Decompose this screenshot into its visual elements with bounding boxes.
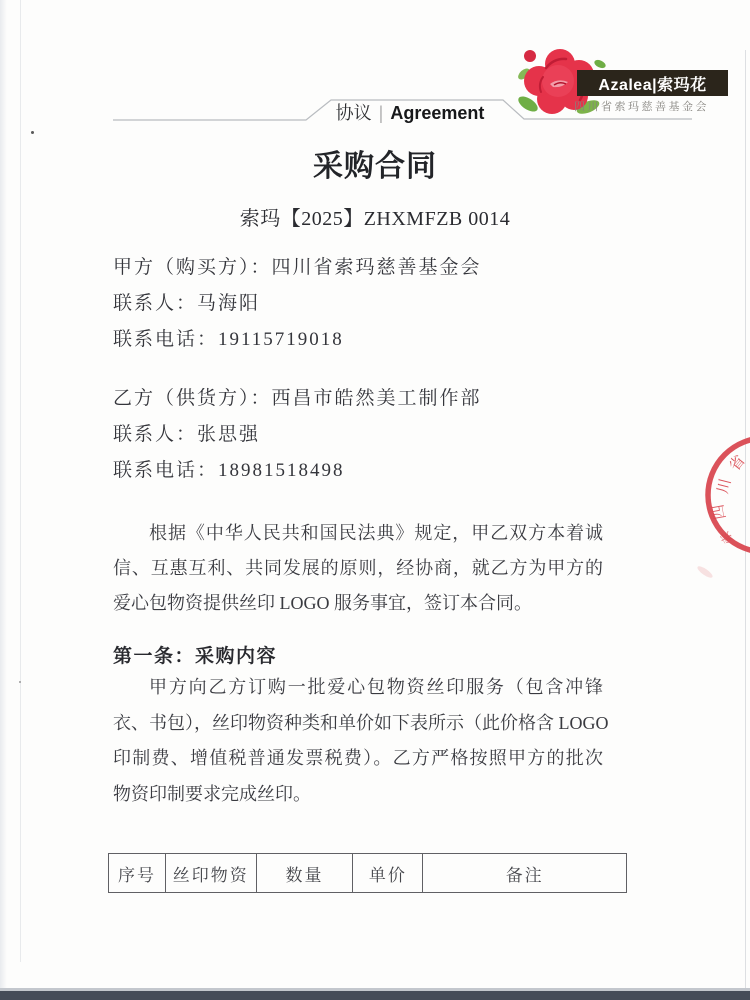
section1-line: 衣、书包），丝印物资种类和单价如下表所示（此价格含 LOGO xyxy=(113,706,603,742)
party-a-phone: 联系电话：19115719018 xyxy=(113,322,613,358)
col-header-index: 序号 xyxy=(109,854,166,893)
preamble-paragraph: 根据《中华人民共和国民法典》规定，甲乙双方本着诚 信、互惠互利、共同发展的原则，… xyxy=(113,516,603,621)
goods-table-header-row: 序号 丝印物资 数量 单价 备注 xyxy=(109,854,627,893)
party-b-phone: 联系电话：18981518498 xyxy=(113,453,613,489)
banner-cn-label: 协议 xyxy=(336,103,372,123)
col-header-quantity: 数量 xyxy=(256,854,353,893)
section1-heading: 第一条：采购内容 xyxy=(113,641,277,668)
section1-line: 甲方向乙方订购一批爱心包物资丝印服务（包含冲锋 xyxy=(113,670,603,706)
col-header-remark: 备注 xyxy=(423,854,627,893)
seal-char: 川 xyxy=(714,477,734,496)
col-header-price: 单价 xyxy=(353,854,423,893)
logo-badge-label: Azalea|索玛花 xyxy=(598,72,706,95)
party-a-role: 甲方（购买方）：四川省索玛慈善基金会 xyxy=(113,250,613,286)
party-b-block: 乙方（供货方）：西昌市皓然美工制作部 联系人：张思强 联系电话：18981518… xyxy=(113,381,613,489)
seal-char: 四 xyxy=(710,503,729,521)
preamble-line: 爱心包物资提供丝印 LOGO 服务事宜，签订本合同。 xyxy=(113,586,603,621)
party-a-contact: 联系人：马海阳 xyxy=(113,286,613,322)
scan-bottom-edge xyxy=(0,991,750,1000)
section1-paragraph: 甲方向乙方订购一批爱心包物资丝印服务（包含冲锋 衣、书包），丝印物资种类和单价如… xyxy=(113,670,603,813)
banner-divider: | xyxy=(372,103,391,123)
logo-org-name: 四川省索玛慈善基金会 xyxy=(574,98,724,114)
scanned-contract-page: 协议|Agreement Azalea|索玛花 四川省索玛慈善基金会 采购合同 … xyxy=(0,0,750,1000)
contract-number: 索玛【2025】ZHXMFZB 0014 xyxy=(0,202,750,231)
official-seal-partial-icon: 省 川 四 索 xyxy=(688,420,750,595)
goods-table: 序号 丝印物资 数量 单价 备注 xyxy=(108,853,627,893)
preamble-line: 信、互惠互利、共同发展的原则，经协商，就乙方为甲方的 xyxy=(113,551,603,586)
logo-badge: Azalea|索玛花 xyxy=(577,70,728,96)
section1-line: 物资印制要求完成丝印。 xyxy=(113,777,603,813)
col-header-item: 丝印物资 xyxy=(165,854,256,893)
banner-en-label: Agreement xyxy=(390,103,484,123)
agreement-banner: 协议|Agreement xyxy=(300,101,520,125)
section1-line: 印制费、增值税普通发票税费）。乙方严格按照甲方的批次 xyxy=(113,741,603,777)
party-a-block: 甲方（购买方）：四川省索玛慈善基金会 联系人：马海阳 联系电话：19115719… xyxy=(113,250,613,358)
party-b-role: 乙方（供货方）：西昌市皓然美工制作部 xyxy=(113,381,613,417)
seal-char: 省 xyxy=(726,452,749,474)
party-b-contact: 联系人：张思强 xyxy=(113,417,613,453)
scan-speck xyxy=(19,681,21,683)
preamble-line: 根据《中华人民共和国民法典》规定，甲乙双方本着诚 xyxy=(113,516,603,551)
contract-title: 采购合同 xyxy=(0,141,750,185)
